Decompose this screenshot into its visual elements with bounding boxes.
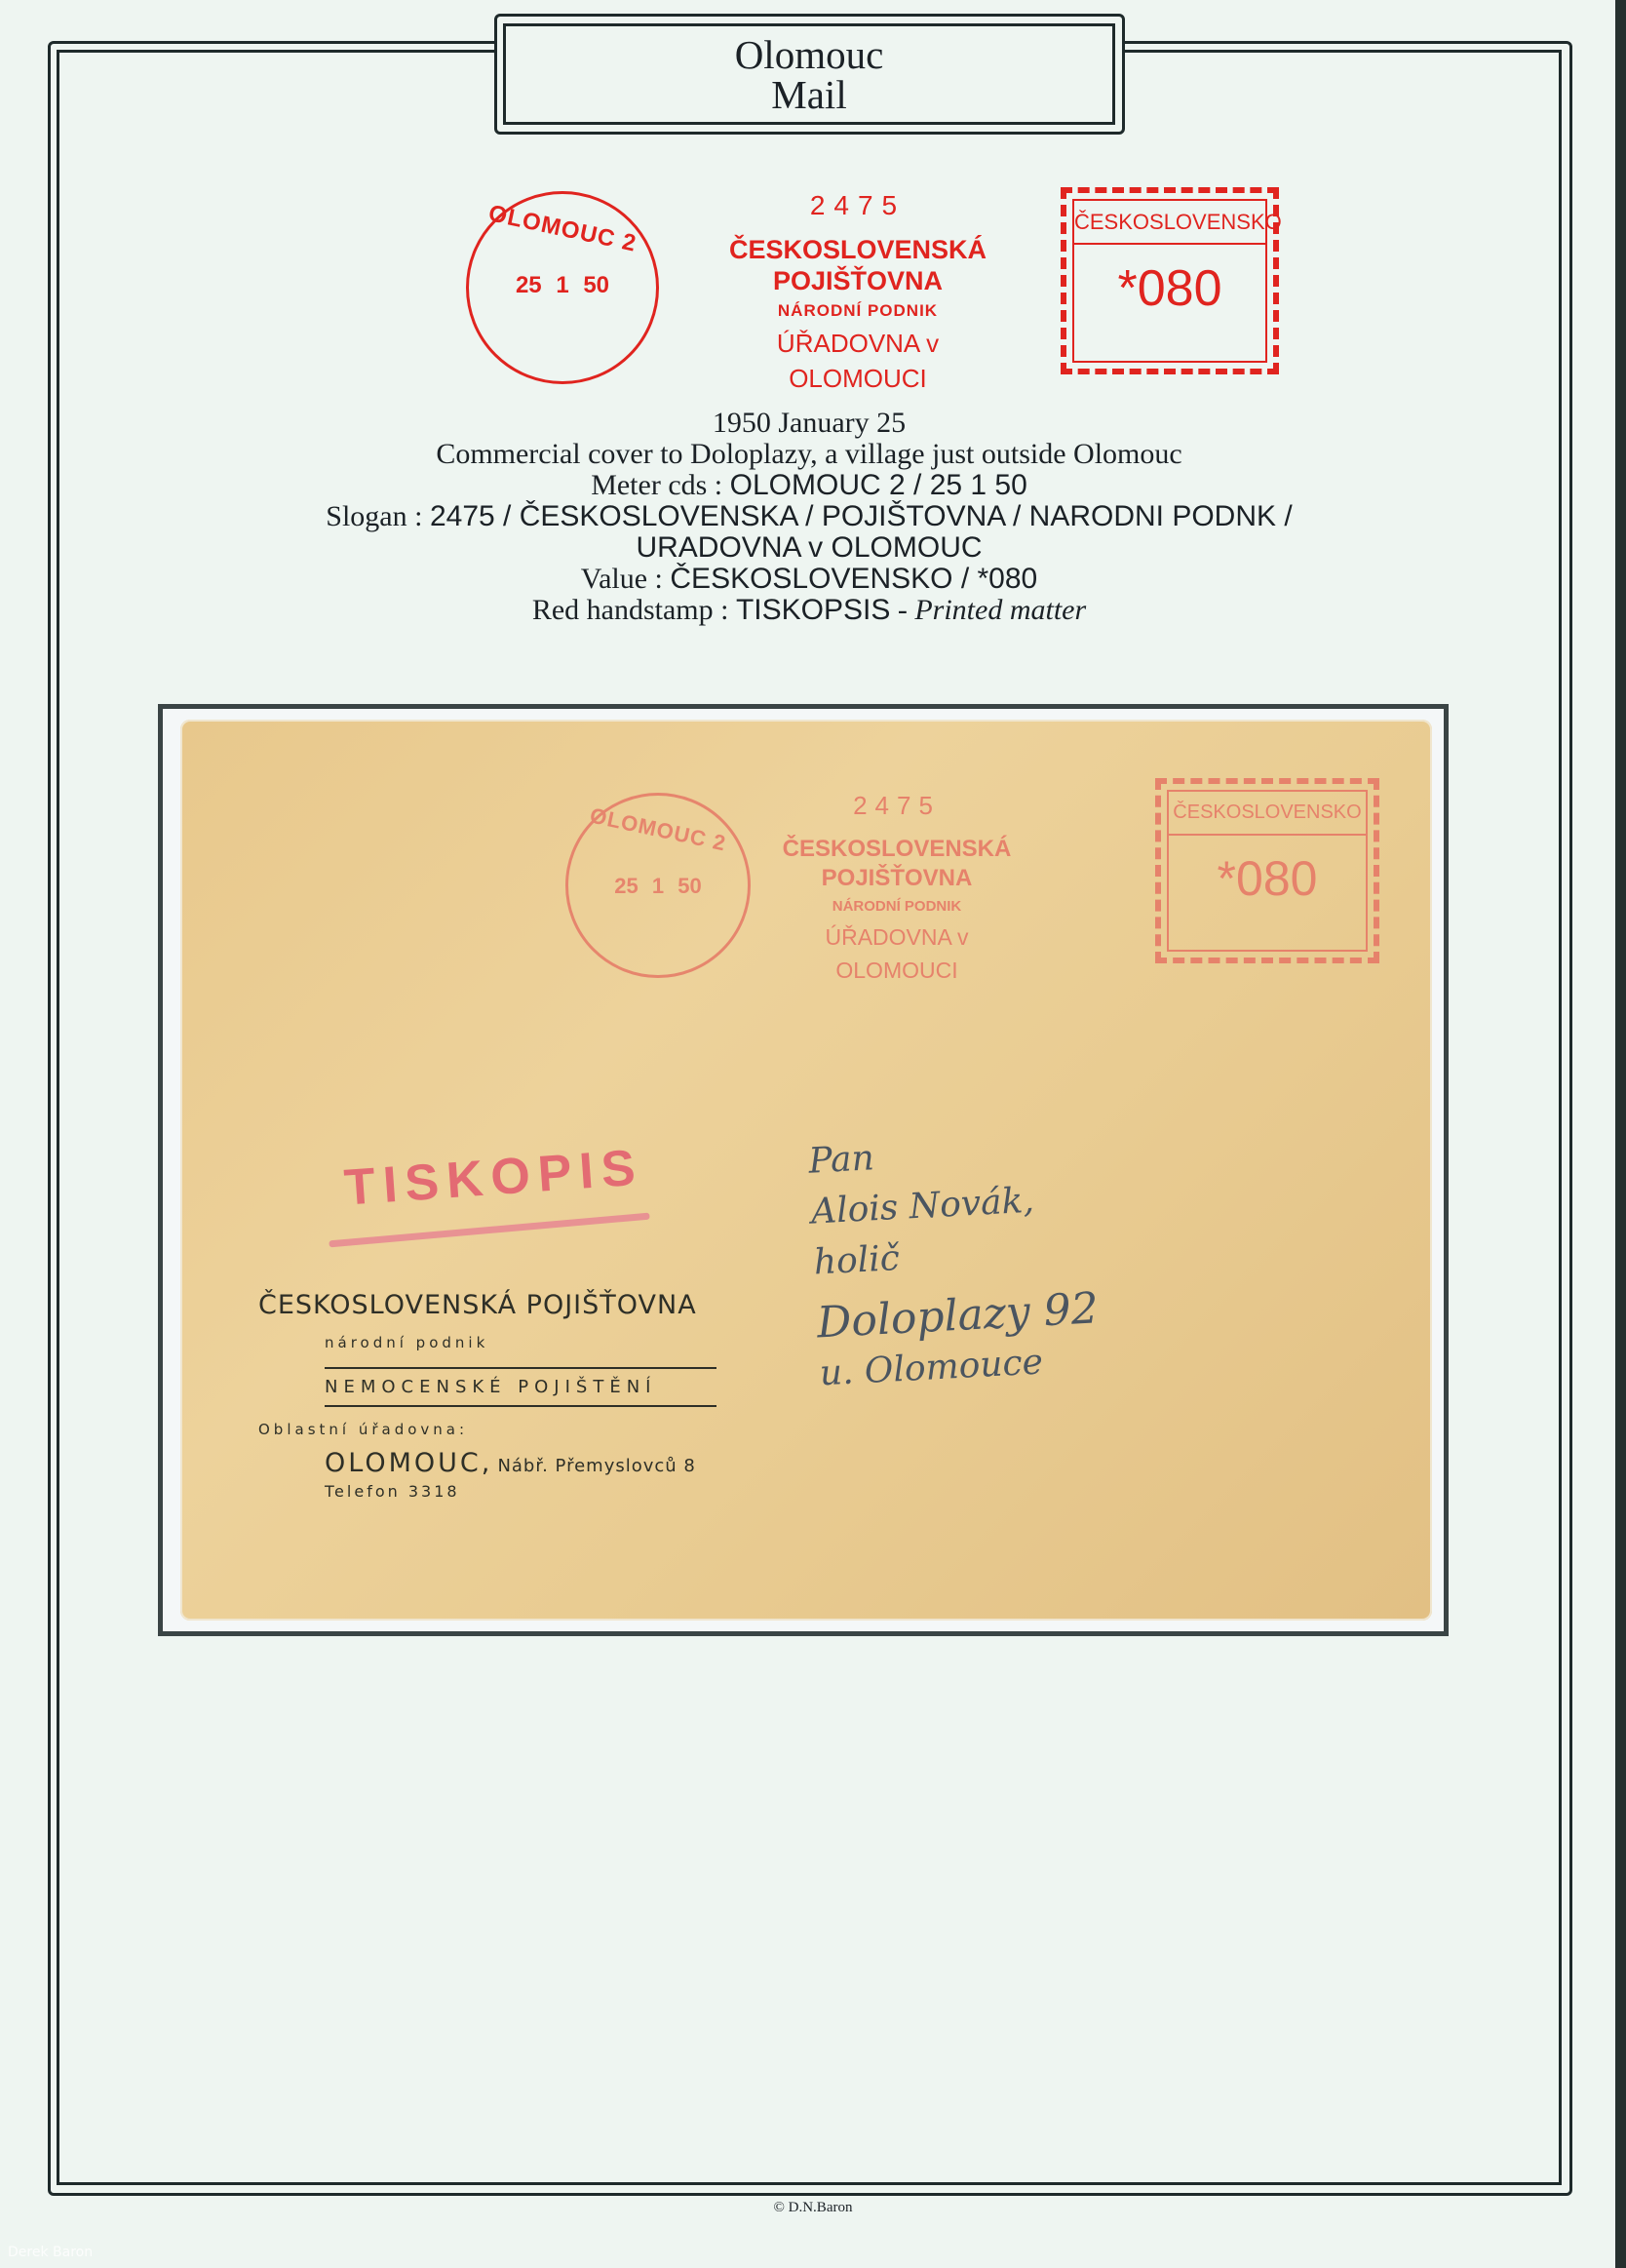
cover-description: 1950 January 25 Commercial cover to Dolo… [58,408,1560,626]
page-title: Olomouc [735,34,884,75]
envelope-cds: OLOMOUC 2 25 1 50 [565,793,751,978]
meter-slogan-illustration: 2475 ČESKOSLOVENSKÁ POJIŠŤOVNA NÁRODNÍ P… [712,187,1004,396]
sender-corner-card: ČESKOSLOVENSKÁ POJIŠŤOVNA národní podnik… [258,1290,716,1501]
envelope-cover: OLOMOUC 2 25 1 50 2475 ČESKOSLOVENSKÁ PO… [180,720,1432,1621]
slogan-line: NÁRODNÍ PODNIK [712,296,1004,326]
slogan-line-desc-cont: URADOVNA v OLOMOUC [58,532,1560,564]
cover-date: 1950 January 25 [58,408,1560,439]
handstamp-bar [329,1213,649,1248]
envelope-slogan: 2475 ČESKOSLOVENSKÁ POJIŠŤOVNA NÁRODNÍ P… [775,788,1019,987]
value-line: Value : ČESKOSLOVENSKO / *080 [58,564,1560,595]
handstamp-line: Red handstamp : TISKOPSIS - Printed matt… [58,595,1560,626]
tiskopis-handstamp: TISKOPIS [342,1138,644,1217]
meter-value-illustration: ČESKOSLOVENSKO *080 [1061,187,1279,374]
meter-cds-line: Meter cds : OLOMOUC 2 / 25 1 50 [58,470,1560,501]
slogan-number: 2475 [712,187,1004,224]
slogan-line: ÚŘADOVNA v OLOMOUCI [712,326,1004,396]
page-subtitle: Mail [771,75,846,114]
envelope-meter-value: ČESKOSLOVENSKO *080 [1155,778,1379,963]
slogan-line: ČESKOSLOVENSKÁ [712,234,1004,265]
title-box: Olomouc Mail [503,23,1115,125]
value-country: ČESKOSLOVENSKO [1074,201,1265,245]
copyright-notice: © D.N.Baron [0,2200,1626,2216]
recipient-address-handwritten: Pan Alois Novák, holič Doloplazy 92 u. O… [807,1122,1103,1400]
meter-cds-illustration: OLOMOUC 2 25 1 50 [466,191,659,384]
slogan-line-desc: Slogan : 2475 / ČESKOSLOVENSKA / POJIŠTO… [58,501,1560,532]
cover-summary: Commercial cover to Doloplazy, a village… [58,439,1560,470]
value-amount: *080 [1074,259,1265,318]
cds-date: 25 1 50 [469,272,656,299]
scan-edge [1615,0,1626,2268]
slogan-line: POJIŠŤOVNA [712,265,1004,296]
watermark: Derek Baron [8,2245,93,2260]
